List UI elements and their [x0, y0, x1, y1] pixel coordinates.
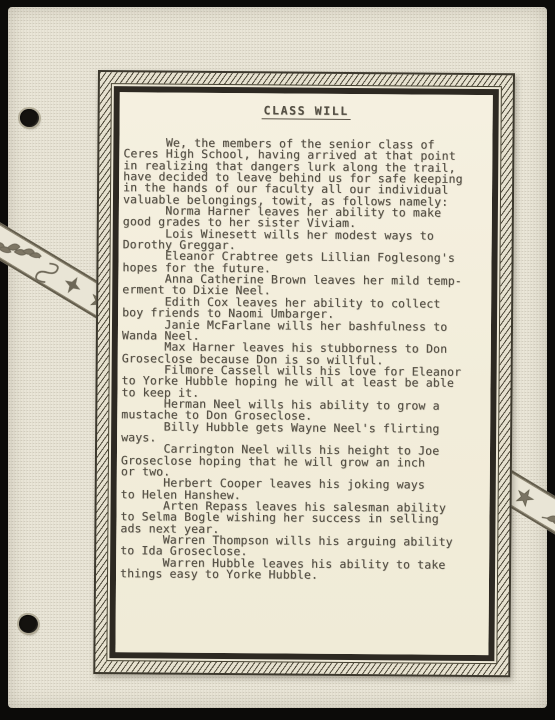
- will-text: We, the members of the senior class ofCe…: [116, 137, 492, 582]
- decorative-frame: CLASS WILL We, the members of the senior…: [93, 70, 515, 677]
- scrapbook-photo: CLASS WILL We, the members of the senior…: [0, 0, 555, 720]
- document-title: CLASS WILL: [261, 103, 350, 120]
- album-page: CLASS WILL We, the members of the senior…: [8, 7, 547, 708]
- frame-dark-band: CLASS WILL We, the members of the senior…: [109, 86, 498, 661]
- punch-hole-bottom: [17, 613, 39, 635]
- punch-hole-top: [20, 109, 39, 127]
- frame-inner-line: CLASS WILL We, the members of the senior…: [106, 83, 502, 664]
- will-document: CLASS WILL We, the members of the senior…: [115, 92, 492, 655]
- text-line: Billy Hubble gets Wayne Neel's flirting: [121, 421, 490, 435]
